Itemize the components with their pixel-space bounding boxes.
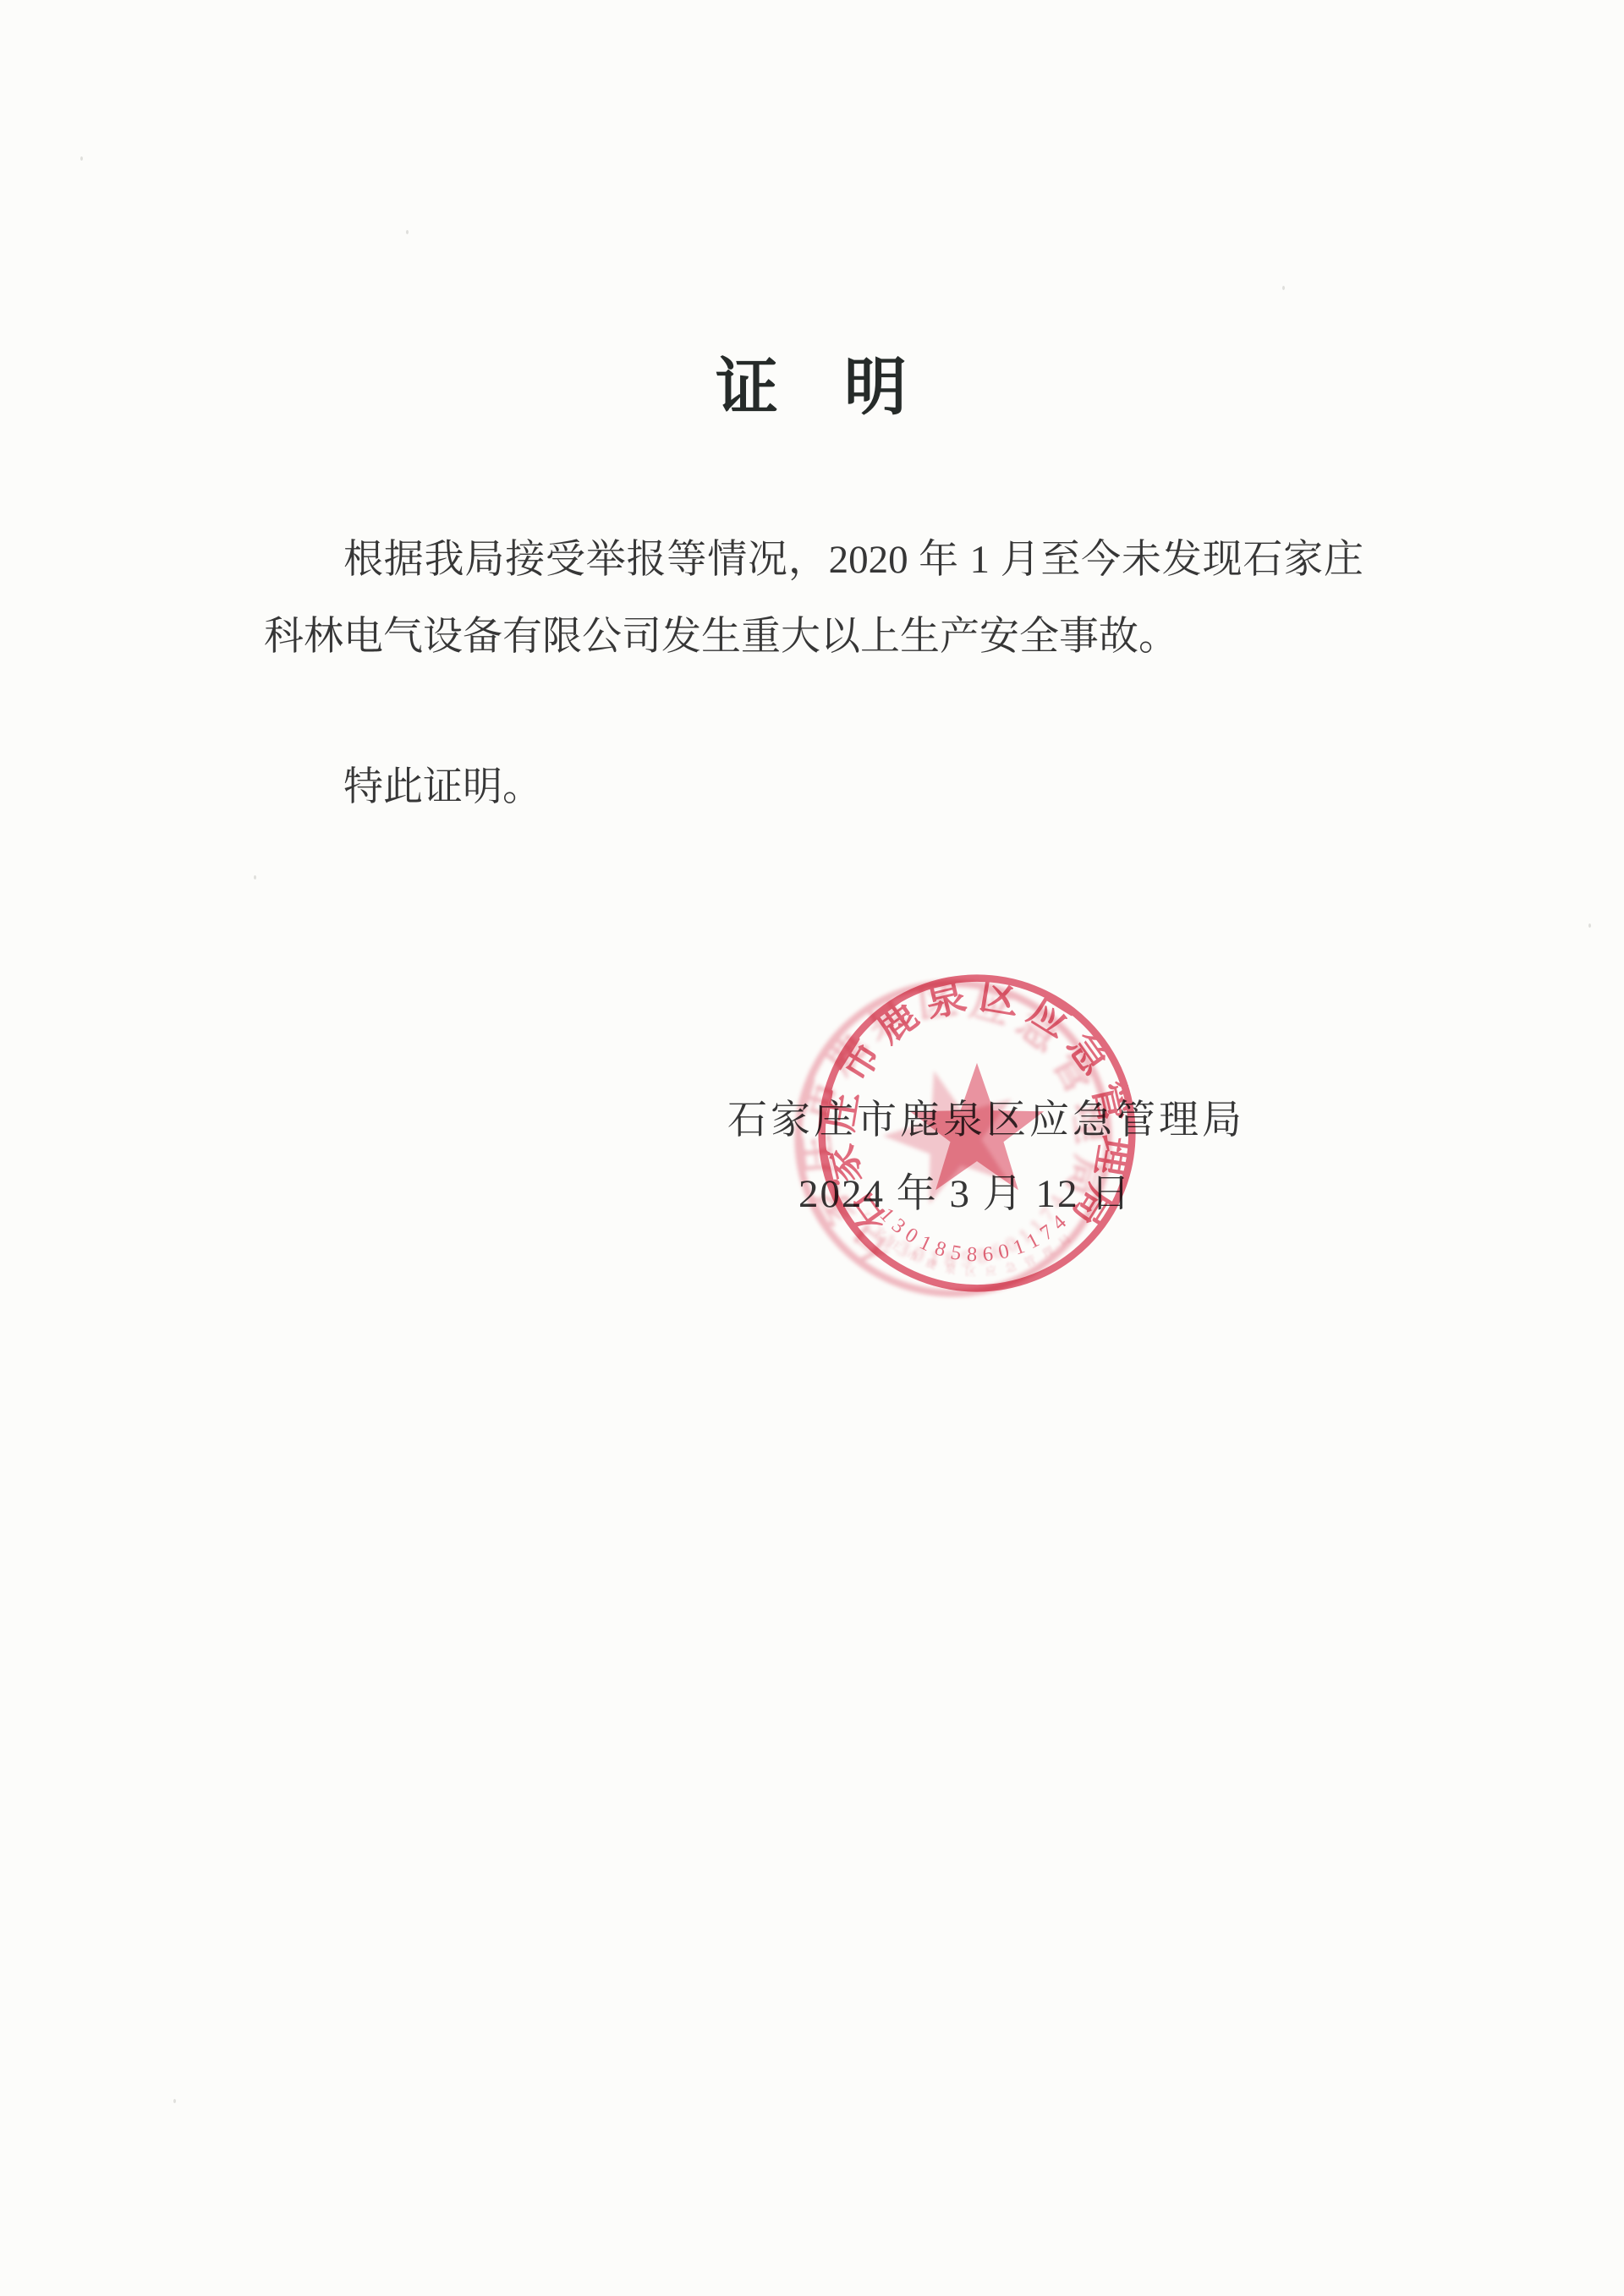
scan-speck — [1588, 923, 1591, 928]
scan-speck — [254, 875, 256, 879]
scan-speck — [173, 2099, 176, 2103]
scan-speck — [1282, 286, 1285, 290]
issuer-name: 石家庄市鹿泉区应急管理局 — [727, 1095, 1245, 1146]
closing-line: 特此证明。 — [264, 749, 1363, 826]
page-title: 证 明 — [0, 350, 1624, 426]
body-paragraph: 根据我局接受举报等情况，2020 年 1 月至今未发现石家庄科林电气设备有限公司… — [264, 522, 1363, 676]
scan-speck — [406, 230, 409, 234]
issue-date: 2024 年 3 月 12 日 — [798, 1169, 1132, 1219]
certificate-page: 证 明 根据我局接受举报等情况，2020 年 1 月至今未发现石家庄科林电气设备… — [0, 0, 1624, 2296]
scan-speck — [80, 156, 83, 161]
